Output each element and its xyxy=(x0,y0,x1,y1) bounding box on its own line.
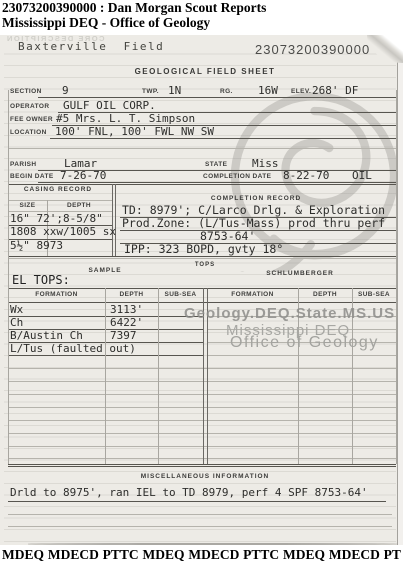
tops-row-formation: Wx xyxy=(10,304,23,317)
completion-record-title: COMPLETION RECORD xyxy=(116,196,396,203)
tops-divider xyxy=(158,288,159,464)
footer-item: MDECD xyxy=(48,547,99,563)
casing-row: 16" 72';8-5/8" xyxy=(10,213,103,226)
rule xyxy=(8,302,396,303)
casing-col-depth: DEPTH xyxy=(47,203,111,210)
state-label: STATE xyxy=(205,162,227,169)
operator-value: GULF OIL CORP. xyxy=(63,100,156,113)
completion-date-label: COMPLETION DATE xyxy=(203,174,271,181)
rule xyxy=(8,458,396,459)
footer-item: MDECD xyxy=(329,547,380,563)
completion-line: IPP: 323 BOPD, gvty 18° xyxy=(124,243,283,256)
rule xyxy=(50,138,396,139)
tops-row-formation: B/Austin Ch xyxy=(10,330,83,343)
parish-label: PARISH xyxy=(10,162,36,169)
elev-label: ELEV. xyxy=(291,89,311,96)
rule xyxy=(8,148,396,149)
casing-col-size: SIZE xyxy=(8,203,47,210)
rule xyxy=(120,230,396,231)
rule xyxy=(8,446,396,447)
el-tops-annotation: EL TOPS: xyxy=(12,274,70,288)
tops-row-formation: Ch xyxy=(10,317,23,330)
rule xyxy=(8,288,396,289)
footer-item: PTTC xyxy=(243,547,279,563)
tops-col-depth-right: DEPTH xyxy=(298,292,352,299)
footer-item: PT xyxy=(384,547,401,563)
footer-item: PTTC xyxy=(103,547,139,563)
api-number-stamp: 23073200390000 xyxy=(255,43,370,56)
rule xyxy=(8,258,396,259)
fee-owner-label: FEE OWNER xyxy=(10,117,53,124)
rule xyxy=(8,501,386,502)
state-value: Miss xyxy=(252,158,279,171)
location-label: LOCATION xyxy=(10,130,47,137)
field-name: Baxterville Field xyxy=(18,41,164,54)
box-bottom-rule xyxy=(8,256,396,257)
operator-label: OPERATOR xyxy=(10,104,49,111)
footer-item: MDEQ xyxy=(2,547,44,563)
completion-date-value: 8-22-70 xyxy=(283,170,329,183)
casing-row: 5½" 8973 xyxy=(10,240,63,253)
rule xyxy=(38,97,396,98)
page-title: 23073200390000 : Dan Morgan Scout Report… xyxy=(2,1,266,16)
fee-owner-value: #5 Mrs. L. T. Simpson xyxy=(56,113,195,126)
rule xyxy=(8,394,396,395)
page-right-strip xyxy=(398,35,403,545)
footer-item: MDEQ xyxy=(283,547,325,563)
rule xyxy=(8,407,396,408)
misc-note: Drld to 8975', ran IEL to TD 8979, perf … xyxy=(10,487,368,500)
footer: MDEQ MDECD PTTC MDEQ MDECD PTTC MDEQ MDE… xyxy=(2,547,401,563)
twp-value: 1N xyxy=(168,85,181,98)
section-value: 9 xyxy=(62,85,69,98)
tops-row-depth: 3113' xyxy=(110,304,143,317)
section-divider-2 xyxy=(115,184,116,256)
rule xyxy=(8,381,396,382)
rule xyxy=(8,514,392,515)
section-divider-1 xyxy=(112,184,113,256)
completion-type-value: OIL xyxy=(352,170,372,183)
rule xyxy=(38,182,396,183)
footer-item: MDEQ xyxy=(143,547,185,563)
tops-title: TOPS xyxy=(160,262,250,268)
tops-row-depth: 7397 xyxy=(110,330,137,343)
tops-bottom-rule xyxy=(8,464,396,465)
rg-label: RG. xyxy=(220,89,233,96)
tops-col-formation-right: FORMATION xyxy=(207,292,298,299)
elev-value: 268' DF xyxy=(312,85,358,98)
form-title: GEOLOGICAL FIELD SHEET xyxy=(100,68,310,76)
tops-col-formation-left: FORMATION xyxy=(8,292,105,299)
page-right-edge xyxy=(397,35,398,545)
tops-col-subsea-left: SUB-SEA xyxy=(158,292,203,299)
scanned-document: CORE DESCRIPTION Baxterville Field 23073… xyxy=(0,35,403,545)
casing-record-title: CASING RECORD xyxy=(8,187,108,194)
rule xyxy=(8,526,392,527)
tops-row-depth: 6422' xyxy=(110,317,143,330)
rule xyxy=(8,433,396,434)
footer-item: MDECD xyxy=(188,547,239,563)
box-top-rule xyxy=(8,184,396,185)
tops-col-depth-left: DEPTH xyxy=(105,292,158,299)
tops-divider xyxy=(105,288,106,464)
misc-top-rule xyxy=(8,466,396,467)
begin-date-value: 7-26-70 xyxy=(60,170,106,183)
rule xyxy=(8,420,396,421)
page-bottom-edge xyxy=(28,543,397,545)
location-value: 100' FNL, 100' FWL NW SW xyxy=(55,126,214,139)
begin-date-label: BEGIN DATE xyxy=(10,174,54,181)
form-left-border xyxy=(8,90,9,464)
tops-col-subsea-right: SUB-SEA xyxy=(352,292,396,299)
rg-value: 16W xyxy=(258,85,278,98)
rule xyxy=(207,355,396,356)
watermark-office: Office of Geology xyxy=(230,334,379,352)
rule xyxy=(8,200,112,201)
page: 23073200390000 : Dan Morgan Scout Report… xyxy=(0,0,403,567)
section-label: SECTION xyxy=(10,89,42,96)
rule xyxy=(8,368,396,369)
tops-right-header: SCHLUMBERGER xyxy=(230,271,370,278)
casing-row: 1808 xxw/1005 sx xyxy=(10,226,116,239)
watermark-url: Geology.DEQ.State.MS.US xyxy=(184,305,395,322)
page-subtitle: Mississippi DEQ - Office of Geology xyxy=(2,16,210,31)
twp-label: TWP. xyxy=(142,89,159,96)
misc-title: MISCELLANEOUS INFORMATION xyxy=(60,474,350,481)
tops-row-formation: L/Tus (faulted out) xyxy=(10,343,136,356)
